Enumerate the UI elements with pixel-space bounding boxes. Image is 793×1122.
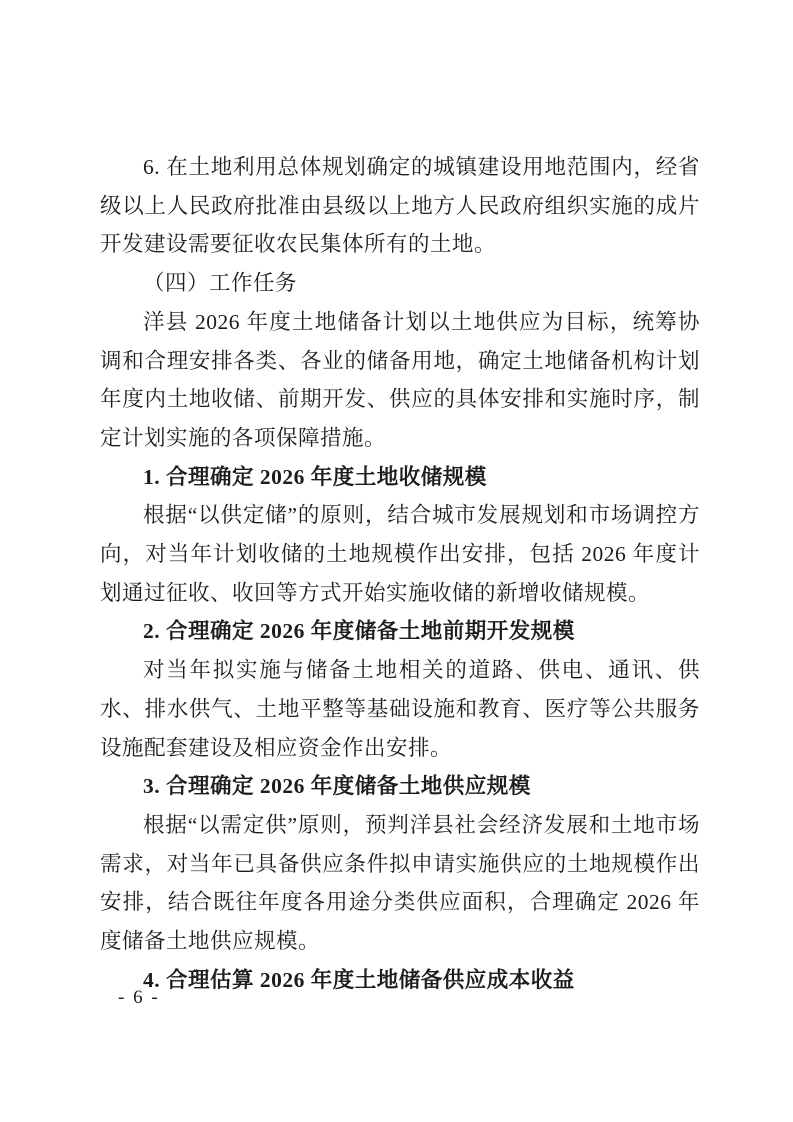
subheading-1-land-acquisition-scale: 1. 合理确定 2026 年度土地收储规模 [100,458,700,497]
paragraph-supply-detail: 根据“以需定供”原则，预判洋县社会经济发展和土地市场需求，对当年已具备供应条件拟… [100,806,700,961]
section-heading-work-tasks: （四）工作任务 [100,264,700,303]
paragraph-acquisition-detail: 根据“以供定储”的原则，结合城市发展规划和市场调控方向，对当年计划收储的土地规模… [100,496,700,612]
document-text-block: 6. 在土地利用总体规划确定的城镇建设用地范围内，经省级以上人民政府批准由县级以… [100,148,700,999]
page-number: - 6 - [118,986,160,1010]
paragraph-item-6-land-expropriation: 6. 在土地利用总体规划确定的城镇建设用地范围内，经省级以上人民政府批准由县级以… [100,148,700,264]
paragraph-plan-overview: 洋县 2026 年度土地储备计划以土地供应为目标，统筹协调和合理安排各类、各业的… [100,303,700,458]
subheading-3-supply-scale: 3. 合理确定 2026 年度储备土地供应规模 [100,767,700,806]
subheading-4-cost-revenue-estimate: 4. 合理估算 2026 年度土地储备供应成本收益 [100,961,700,1000]
document-page: 6. 在土地利用总体规划确定的城镇建设用地范围内，经省级以上人民政府批准由县级以… [0,0,793,1122]
subheading-2-predevelopment-scale: 2. 合理确定 2026 年度储备土地前期开发规模 [100,612,700,651]
paragraph-predevelopment-detail: 对当年拟实施与储备土地相关的道路、供电、通讯、供水、排水供气、土地平整等基础设施… [100,651,700,767]
